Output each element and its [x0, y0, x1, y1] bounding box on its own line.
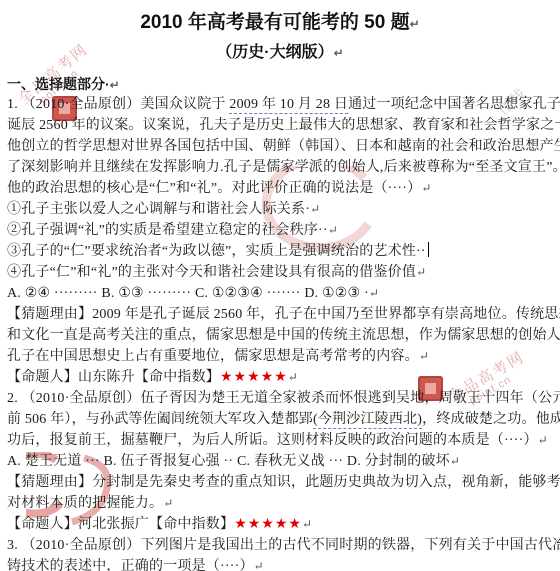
paragraph-mark-icon: ↵	[421, 181, 431, 195]
q2-author-rating: 【命题人】河北张振广【命中指数】★★★★★↵	[7, 514, 553, 535]
text-run: 他的政治思想的核心是“仁”和“礼”。对此评价正确的说法是（····）	[7, 181, 421, 196]
text-run: 1. （2010·全品原创）美国众议院于	[7, 97, 229, 112]
q1-reason-3: 孔子在中国思想史上占有重要地位，儒家思想是高考常考的内容。↵	[7, 346, 553, 367]
text-run: 孔子在中国思想史上占有重要地位，儒家思想是高考常考的内容。	[7, 349, 419, 364]
q2-place-underlined: (今荆沙江陵西北)	[313, 412, 422, 429]
q1-line-2: 诞辰 2560 年的议案。议案说，孔夫子是历史上最伟大的思想家、教育家和社会哲学…	[7, 115, 553, 136]
q1-options: A. ②④ ········· B. ①③ ········· C. ①②③④ …	[7, 283, 553, 304]
paragraph-mark-icon: ↵	[334, 46, 344, 60]
q1-statement-4: ④孔子“仁”和“礼”的主张对今天和谐社会建设具有很高的借鉴价值↵	[7, 262, 553, 283]
text-run: ①孔子主张以爱人之心调解与和谐社会人际关系·	[7, 202, 310, 217]
q1-reason-1: 【猜题理由】2009 年是孔子诞辰 2560 年，孔子在中国乃至世界都享有崇高地…	[7, 304, 553, 325]
text-run: ③孔子的“仁”要求统治者“为政以德”，实质上是强调统治的艺术性··	[7, 244, 426, 259]
rating-stars: ★★★★★	[220, 370, 288, 385]
text-run: 3. （2010·全品原创）下列图片是我国出土的古代不同时期的铁器，下列有关于中…	[7, 538, 560, 553]
text-run: 诞辰 2560 年的议案。议案说，孔夫子是历史上最伟大的思想家、教育家和社会哲学…	[7, 118, 560, 133]
text-run: 对材料本质的把握能力。	[7, 496, 163, 511]
q3-line-1: 3. （2010·全品原创）下列图片是我国出土的古代不同时期的铁器，下列有关于中…	[7, 535, 553, 556]
rating-stars: ★★★★★	[234, 517, 302, 532]
page-title: 2010 年高考最有可能考的 50 题↵	[7, 8, 553, 38]
paragraph-mark-icon: ↵	[419, 349, 429, 363]
q2-line-1: 2. （2010·全品原创）伍子胥因为楚王无道全家被杀而怀恨逃到吴地，周敬王十四…	[7, 388, 553, 409]
text-run: A. ②④ ········· B. ①③ ········· C. ①②③④ …	[7, 286, 369, 301]
text-run: 【猜题理由】2009 年是孔子诞辰 2560 年，孔子在中国乃至世界都享有崇高地…	[7, 307, 560, 322]
q1-reason-2: 和文化一直是高考关注的重点，儒家思想是中国的传统主流思想，作为儒家思想的创始人的	[7, 325, 553, 346]
paragraph-mark-icon: ↵	[416, 265, 426, 279]
text-run: 前 506 年），与孙武等佐阖闾统领大军攻入楚都郢	[7, 412, 313, 427]
paragraph-mark-icon: ↵	[369, 286, 379, 300]
paragraph-mark-icon: ↵	[310, 202, 320, 216]
paragraph-mark-icon: ↵	[328, 223, 338, 237]
text-run: ，终成破楚之功。他成	[422, 412, 560, 427]
paragraph-mark-icon: ↵	[110, 78, 120, 92]
text-run: 了深刻影响并且继续在发挥影响力.孔子是儒家学派的创始人,后来被尊称为“至圣文宣王…	[7, 160, 560, 175]
title-text: 2010 年高考最有可能考的 50 题	[140, 12, 409, 33]
q2-line-3: 功后，报复前王，掘墓鞭尸，为后人所诟。这则材料反映的政治问题的本质是（····）…	[7, 430, 553, 451]
q1-statement-2: ②孔子强调“礼”的实质是希望建立稳定的社会秩序··↵	[7, 220, 553, 241]
text-run: 【猜题理由】分封制是先秦史考查的重点知识，此题历史典故为切入点，视角新，能够考查	[7, 475, 560, 490]
section-heading: 一、选择题部分·↵	[7, 74, 553, 94]
paragraph-mark-icon: ↵	[288, 370, 298, 384]
page-subtitle: （历史·大纲版）↵	[7, 38, 553, 68]
q3-line-2: 铸技术的表述中，正确的一项是（····）↵	[7, 556, 553, 571]
document-content: 2010 年高考最有可能考的 50 题↵ （历史·大纲版）↵ 一、选择题部分·↵…	[0, 8, 560, 571]
paragraph-mark-icon: ↵	[302, 517, 312, 531]
q2-line-2: 前 506 年），与孙武等佐阖闾统领大军攻入楚都郢(今荆沙江陵西北)，终成破楚之…	[7, 409, 553, 430]
document-page: 全品高考网 point.cn 在线 全品高考网 point.cn 2010 年高…	[0, 0, 560, 571]
q2-reason-1: 【猜题理由】分封制是先秦史考查的重点知识，此题历史典故为切入点，视角新，能够考查	[7, 472, 553, 493]
text-run: 铸技术的表述中，正确的一项是（····）	[7, 559, 254, 571]
q1-author-rating: 【命题人】山东陈升【命中指数】★★★★★↵	[7, 367, 553, 388]
text-run: ②孔子强调“礼”的实质是希望建立稳定的社会秩序··	[7, 223, 328, 238]
text-run: A. 楚王无道 ··· B. 伍子胥报复心强 ·· C. 春秋无义战 ··· D…	[7, 454, 450, 469]
text-run: ④孔子“仁”和“礼”的主张对今天和谐社会建设具有很高的借鉴价值	[7, 265, 416, 280]
q1-date-underlined: 2009 年 10 月 28 日	[229, 97, 348, 114]
section-text: 一、选择题部分·	[7, 76, 110, 92]
paragraph-mark-icon: ↵	[163, 496, 173, 510]
q2-reason-2: 对材料本质的把握能力。↵	[7, 493, 553, 514]
text-run: 【命题人】河北张振广【命中指数】	[7, 517, 234, 532]
paragraph-mark-icon: ↵	[410, 17, 420, 31]
text-cursor	[428, 242, 430, 257]
paragraph-mark-icon: ↵	[254, 559, 264, 571]
paragraph-mark-icon: ↵	[450, 454, 460, 468]
text-run: 2. （2010·全品原创）伍子胥因为楚王无道全家被杀而怀恨逃到吴地，周敬王十四…	[7, 391, 560, 406]
q1-line-5: 他的政治思想的核心是“仁”和“礼”。对此评价正确的说法是（····）↵	[7, 178, 553, 199]
text-run: 通过一项纪念中国著名思想家孔子	[348, 97, 560, 112]
q1-line-3: 他创立的哲学思想对世界各国包括中国、朝鲜（韩国）、日本和越南的社会和政治思想产生	[7, 136, 553, 157]
text-run: 和文化一直是高考关注的重点，儒家思想是中国的传统主流思想，作为儒家思想的创始人的	[7, 328, 560, 343]
q1-line-1: 1. （2010·全品原创）美国众议院于 2009 年 10 月 28 日通过一…	[7, 94, 553, 115]
q1-statement-3: ③孔子的“仁”要求统治者“为政以德”，实质上是强调统治的艺术性··	[7, 241, 553, 262]
q2-options: A. 楚王无道 ··· B. 伍子胥报复心强 ·· C. 春秋无义战 ··· D…	[7, 451, 553, 472]
text-run: 他创立的哲学思想对世界各国包括中国、朝鲜（韩国）、日本和越南的社会和政治思想产生	[7, 139, 560, 154]
paragraph-mark-icon: ↵	[538, 433, 548, 447]
subtitle-text: （历史·大纲版）	[216, 44, 333, 61]
text-run: 功后，报复前王，掘墓鞭尸，为后人所诟。这则材料反映的政治问题的本质是（····）	[7, 433, 538, 448]
q1-line-4: 了深刻影响并且继续在发挥影响力.孔子是儒家学派的创始人,后来被尊称为“至圣文宣王…	[7, 157, 553, 178]
text-run: 【命题人】山东陈升【命中指数】	[7, 370, 220, 385]
q1-statement-1: ①孔子主张以爱人之心调解与和谐社会人际关系·↵	[7, 199, 553, 220]
